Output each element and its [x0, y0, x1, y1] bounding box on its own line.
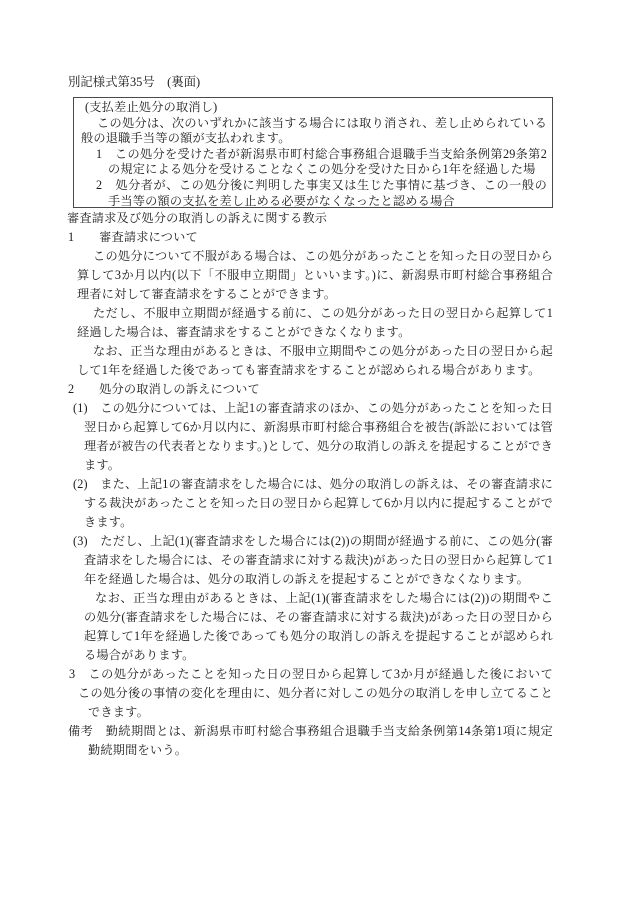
payment-suspension-cancellation-notice-box: (支払差止処分の取消し)この処分は、次のいずれかに該当する場合には取り消され、差…: [73, 97, 553, 208]
text-line: きます。: [0, 513, 553, 532]
text-line: 3 この処分があったことを知った日の翌日から起算して3か月が経過した後においては…: [0, 665, 553, 684]
text-line: 2 処分の取消しの訴えについて: [0, 380, 553, 399]
text-line: この処分について不服がある場合は、この処分があったことを知った日の翌日から起: [0, 247, 553, 266]
text-line: 1 審査請求について: [0, 228, 553, 247]
text-line: できます。: [0, 703, 553, 722]
text-line: 手当等の額の支払を差し止める必要がなくなったと認める場合: [74, 194, 552, 208]
text-line: (3) ただし、上記(1)(審査請求をした場合には(2))の期間が経過する前に、…: [0, 532, 553, 551]
text-line: ただし、不服申立期間が経過する前に、この処分があった日の翌日から起算して1年を: [0, 304, 553, 323]
text-line: 翌日から起算して6か月以内に、新潟県市町村総合事務組合を被告(訴訟においては管: [0, 418, 553, 437]
text-line: して1年を経過した後であっても審査請求をすることが認められる場合があります。: [0, 361, 553, 380]
text-line: 経過した場合は、審査請求をすることができなくなります。: [0, 323, 553, 342]
text-line: (1) この処分については、上記1の審査請求のほか、この処分があったことを知った…: [0, 399, 553, 418]
text-line: 2 処分者が、この処分後に判明した事実又は生じた事情に基づき、この一般の退職: [74, 178, 552, 194]
text-line: 1 この処分を受けた者が新潟県市町村総合事務組合退職手当支給条例第29条第2項: [74, 147, 552, 163]
form-title: 別記様式第35号 (裏面): [68, 75, 200, 90]
text-line: この処分後の事情の変化を理由に、処分者に対しこの処分の取消しを申し立てることが: [0, 684, 553, 703]
text-line: 般の退職手当等の額が支払われます。: [74, 131, 552, 147]
text-line: 理者に対して審査請求をすることができます。: [0, 285, 553, 304]
text-line: なお、正当な理由があるときは、上記(1)(審査請求をした場合には(2))の期間や…: [0, 589, 553, 608]
text-line: 査請求をした場合には、その審査請求に対する裁決)があった日の翌日から起算して1: [0, 551, 553, 570]
text-line: の処分(審査請求をした場合には、その審査請求に対する裁決)があった日の翌日から: [0, 608, 553, 627]
text-line: ます。: [0, 456, 553, 475]
text-line: 審査請求及び処分の取消しの訴えに関する教示: [0, 209, 553, 228]
text-line: 起算して1年を経過した後であっても処分の取消しの訴えを提起することが認められ: [0, 627, 553, 646]
text-line: この処分は、次のいずれかに該当する場合には取り消され、差し止められている一: [74, 116, 552, 132]
text-line: 年を経過した場合は、処分の取消しの訴えを提起することができなくなります。: [0, 570, 553, 589]
text-line: る場合があります。: [0, 646, 553, 665]
text-line: (2) また、上記1の審査請求をした場合には、処分の取消しの訴えは、その審査請求…: [0, 475, 553, 494]
text-line: (支払差止処分の取消し): [74, 100, 552, 116]
text-line: の規定による処分を受けることなくこの処分を受けた日から1年を経過した場合: [74, 162, 552, 178]
text-line: なお、正当な理由があるときは、不服申立期間やこの処分があった日の翌日から起算: [0, 342, 553, 361]
text-line: 勤続期間をいう。: [0, 741, 553, 760]
text-line: 理者が被告の代表者となります。)として、処分の取消しの訴えを提起することができ: [0, 437, 553, 456]
text-line: 備考 勤続期間とは、新潟県市町村総合事務組合退職手当支給条例第14条第1項に規定…: [0, 722, 553, 741]
document-page: 別記様式第35号 (裏面) (支払差止処分の取消し)この処分は、次のいずれかに該…: [0, 0, 630, 903]
appeal-instructions-body: 審査請求及び処分の取消しの訴えに関する教示1 審査請求についてこの処分について不…: [0, 209, 553, 760]
text-line: 算して3か月以内(以下「不服申立期間」といいます。)に、新潟県市町村総合事務組合…: [0, 266, 553, 285]
text-line: する裁決があったことを知った日の翌日から起算して6か月以内に提起することがで: [0, 494, 553, 513]
